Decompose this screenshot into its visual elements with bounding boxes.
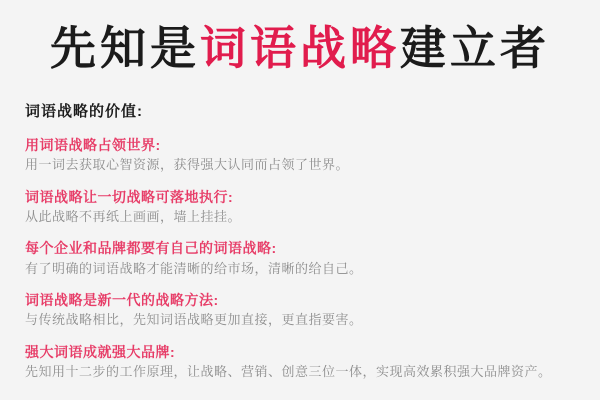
page-title: 先知是词语战略建立者 [0, 0, 600, 75]
value-item-2: 词语战略让一切战略可落地执行: 从此战略不再纸上画画，墙上挂挂。 [25, 190, 575, 225]
value-item-4: 词语战略是新一代的战略方法: 与传统战略相比，先知词语战略更加直接，更直指要害。 [25, 293, 575, 328]
section-label: 词语战略的价值: [25, 100, 575, 121]
value-item-body: 从此战略不再纸上画画，墙上挂挂。 [25, 210, 575, 224]
title-prefix: 先知是 [50, 22, 200, 74]
value-item-1: 用词语战略占领世界: 用一词去获取心智资源，获得强大认同而占领了世界。 [25, 138, 575, 173]
value-item-heading: 用词语战略占领世界: [25, 138, 575, 153]
value-item-body: 用一词去获取心智资源，获得强大认同而占领了世界。 [25, 158, 575, 172]
value-item-heading: 强大词语成就强大品牌: [25, 345, 575, 360]
value-item-heading: 每个企业和品牌都要有自己的词语战略: [25, 241, 575, 256]
title-highlight: 词语战略 [200, 22, 400, 74]
value-item-body: 有了明确的词语战略才能清晰的给市场，清晰的给自己。 [25, 262, 575, 276]
value-item-5: 强大词语成就强大品牌: 先知用十二步的工作原理，让战略、营销、创意三位一体，实现… [25, 345, 575, 380]
value-item-heading: 词语战略让一切战略可落地执行: [25, 190, 575, 205]
word-strategy-poster: 先知是词语战略建立者 词语战略的价值: 用词语战略占领世界: 用一词去获取心智资… [0, 0, 600, 400]
value-item-body: 先知用十二步的工作原理，让战略、营销、创意三位一体，实现高效累积强大品牌资产。 [25, 365, 575, 379]
value-item-3: 每个企业和品牌都要有自己的词语战略: 有了明确的词语战略才能清晰的给市场，清晰的… [25, 241, 575, 276]
value-list: 词语战略的价值: 用词语战略占领世界: 用一词去获取心智资源，获得强大认同而占领… [0, 100, 600, 379]
value-item-heading: 词语战略是新一代的战略方法: [25, 293, 575, 308]
value-item-body: 与传统战略相比，先知词语战略更加直接，更直指要害。 [25, 313, 575, 327]
title-suffix: 建立者 [400, 22, 550, 74]
